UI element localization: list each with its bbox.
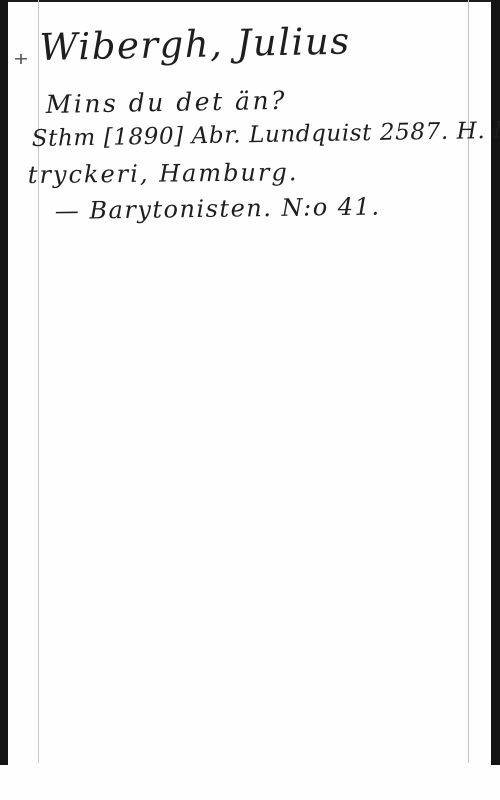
- imprint-line-1: Sthm [1890] Abr. Lundquist 2587. H. Meye…: [32, 116, 500, 152]
- marginal-plus-mark: +: [13, 50, 29, 69]
- scanned-catalog-card-page: + Wibergh, Julius Mins du det än? Sthm […: [0, 0, 500, 800]
- scan-left-black-border: [0, 0, 8, 765]
- card-left-edge-rule: [38, 0, 39, 763]
- card-right-edge-rule: [468, 0, 469, 763]
- imprint-line-2: tryckeri, Hamburg.: [28, 158, 299, 189]
- scan-right-black-border: [491, 0, 500, 765]
- author-heading: Wibergh, Julius: [39, 19, 351, 69]
- work-title: Mins du det än?: [45, 86, 287, 119]
- series-note: — Barytonisten. N:o 41.: [55, 192, 381, 225]
- scan-top-edge-line: [0, 0, 500, 2]
